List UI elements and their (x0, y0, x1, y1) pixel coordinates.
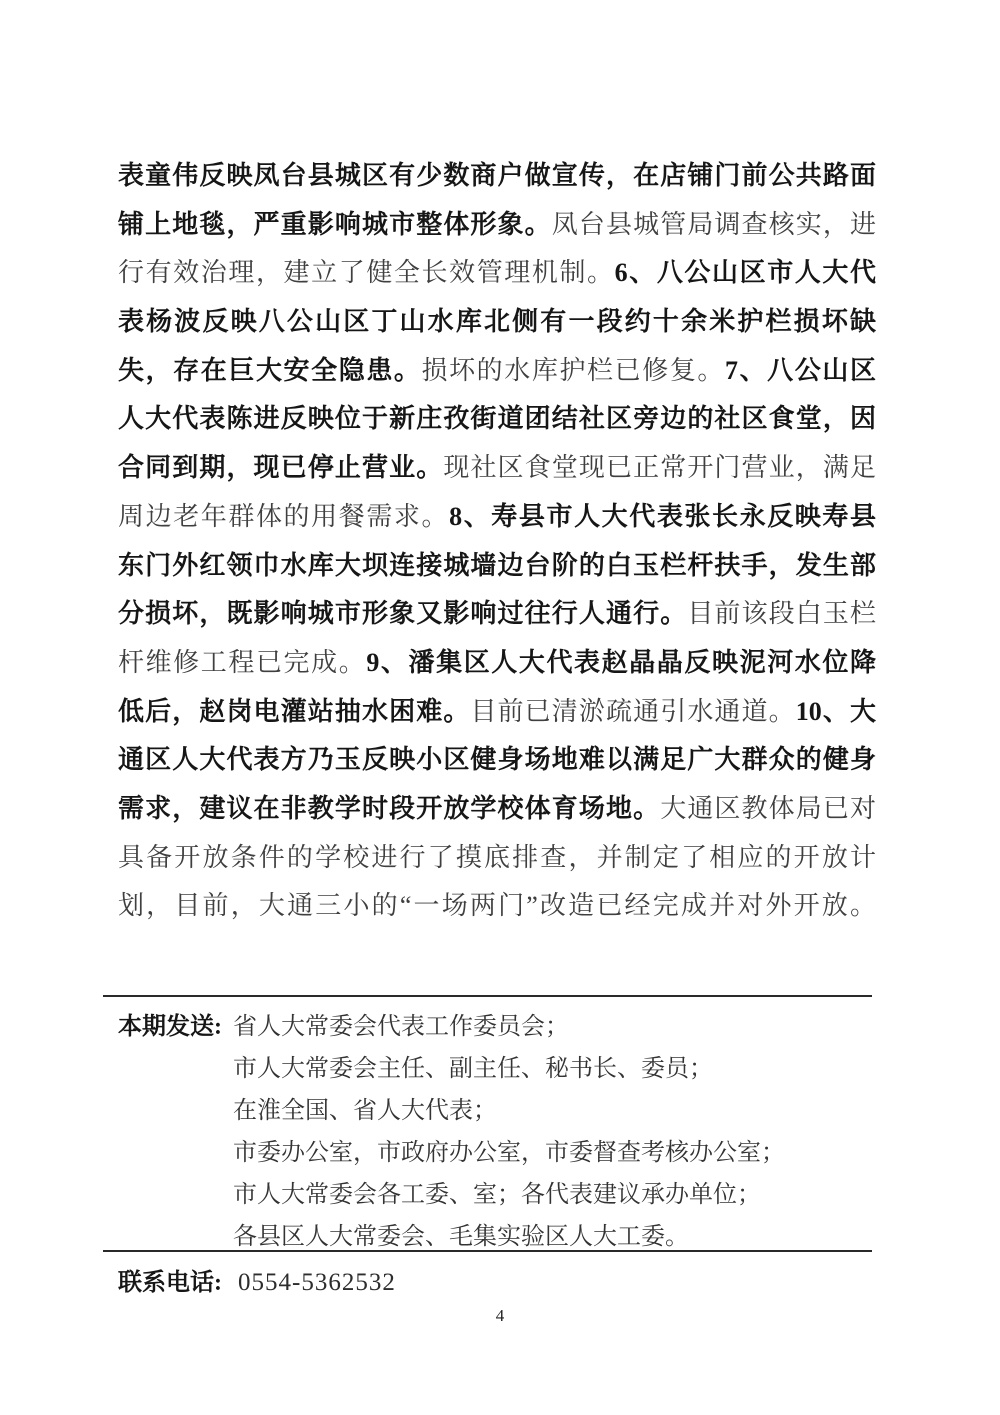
body-line: 周边老年群体的用餐需求。8、寿县市人大代表张长永反映寿县 (118, 493, 876, 542)
body-segment-bold: 失，存在巨大安全隐患。 (118, 356, 422, 385)
body-segment-bold: 表杨波反映八公山区丁山水库北侧有一段约十余米护栏损坏缺 (118, 307, 876, 336)
body-line: 表童伟反映凤台县城区有少数商户做宣传，在店铺门前公共路面 (118, 152, 876, 201)
body-line: 合同到期，现已停止营业。现社区食堂现已正常开门营业，满足 (118, 444, 876, 493)
body-segment-regular: 划，目前，大通三小的“一场两门”改造已经完成并对外开放。 (118, 891, 876, 920)
body-segment-bold: 东门外红领巾水库大坝连接城墙边台阶的白玉栏杆扶手，发生部 (118, 551, 876, 580)
distribution-line: 市人大常委会各工委、室；各代表建议承办单位； (233, 1174, 873, 1216)
body-segment-bold: 10、大 (796, 697, 876, 726)
body-segment-bold: 铺上地毯，严重影响城市整体形象。 (118, 210, 552, 239)
body-line: 需求，建议在非教学时段开放学校体育场地。大通区教体局已对 (118, 785, 876, 834)
body-segment-regular: 凤台县城管局调查核实，进 (552, 210, 876, 239)
contact-phone-number: 0554-5362532 (238, 1269, 396, 1296)
body-line: 行有效治理，建立了健全长效管理机制。6、八公山区市人大代 (118, 249, 876, 298)
body-segment-regular: 杆维修工程已完成。 (118, 648, 366, 677)
body-segment-bold: 低后，赵岗电灌站抽水困难。 (118, 697, 470, 726)
body-segment-bold: 通区人大代表方乃玉反映小区健身场地难以满足广大群众的健身 (118, 745, 876, 774)
document-page: 表童伟反映凤台县城区有少数商户做宣传，在店铺门前公共路面铺上地毯，严重影响城市整… (0, 0, 1000, 1415)
bottom-divider-rule (103, 1250, 872, 1252)
contact-label: 联系电话: (118, 1270, 222, 1296)
body-segment-regular: 损坏的水库护栏已修复。 (422, 356, 726, 385)
distribution-lines: 省人大常委会代表工作委员会；市人大常委会主任、副主任、秘书长、委员；在淮全国、省… (233, 1006, 873, 1258)
distribution-line: 省人大常委会代表工作委员会； (233, 1006, 873, 1048)
body-segment-regular: 大通区教体局已对 (660, 794, 876, 823)
body-line: 通区人大代表方乃玉反映小区健身场地难以满足广大群众的健身 (118, 736, 876, 785)
body-line: 分损坏，既影响城市形象又影响过往行人通行。目前该段白玉栏 (118, 590, 876, 639)
body-segment-bold: 6、八公山区市人大代 (615, 258, 876, 287)
body-segment-bold: 分损坏，既影响城市形象又影响过往行人通行。 (118, 599, 687, 628)
contact-row: 联系电话:0554-5362532 (118, 1264, 396, 1302)
body-line: 具备开放条件的学校进行了摸底排查，并制定了相应的开放计 (118, 834, 876, 883)
body-line: 划，目前，大通三小的“一场两门”改造已经完成并对外开放。 (118, 882, 876, 931)
distribution-line: 在淮全国、省人大代表； (233, 1090, 873, 1132)
body-segment-regular: 目前已清淤疏通引水通道。 (470, 697, 795, 726)
body-segment-regular: 行有效治理，建立了健全长效管理机制。 (118, 258, 615, 287)
body-segment-bold: 人大代表陈进反映位于新庄孜街道团结社区旁边的社区食堂，因 (118, 404, 876, 433)
body-segment-bold: 需求，建议在非教学时段开放学校体育场地。 (118, 794, 660, 823)
body-segment-regular: 周边老年群体的用餐需求。 (118, 502, 449, 531)
body-line: 失，存在巨大安全隐患。损坏的水库护栏已修复。7、八公山区 (118, 347, 876, 396)
body-segment-regular: 具备开放条件的学校进行了摸底排查，并制定了相应的开放计 (118, 843, 876, 872)
body-line: 低后，赵岗电灌站抽水困难。目前已清淤疏通引水通道。10、大 (118, 688, 876, 737)
distribution-label: 本期发送: (118, 1006, 222, 1048)
top-divider-rule (103, 995, 872, 997)
body-segment-regular: 现社区食堂现已正常开门营业，满足 (443, 453, 876, 482)
body-segment-bold: 合同到期，现已停止营业。 (118, 453, 443, 482)
body-segment-regular: 目前该段白玉栏 (687, 599, 876, 628)
body-line: 杆维修工程已完成。9、潘集区人大代表赵晶晶反映泥河水位降 (118, 639, 876, 688)
body-segment-bold: 9、潘集区人大代表赵晶晶反映泥河水位降 (366, 648, 876, 677)
body-segment-bold: 表童伟反映凤台县城区有少数商户做宣传，在店铺门前公共路面 (118, 161, 876, 190)
page-number: 4 (0, 1306, 1000, 1326)
body-paragraph: 表童伟反映凤台县城区有少数商户做宣传，在店铺门前公共路面铺上地毯，严重影响城市整… (118, 152, 876, 931)
body-line: 表杨波反映八公山区丁山水库北侧有一段约十余米护栏损坏缺 (118, 298, 876, 347)
body-line: 人大代表陈进反映位于新庄孜街道团结社区旁边的社区食堂，因 (118, 395, 876, 444)
body-line: 东门外红领巾水库大坝连接城墙边台阶的白玉栏杆扶手，发生部 (118, 542, 876, 591)
body-segment-bold: 8、寿县市人大代表张长永反映寿县 (449, 502, 876, 531)
distribution-line: 市人大常委会主任、副主任、秘书长、委员； (233, 1048, 873, 1090)
body-line: 铺上地毯，严重影响城市整体形象。凤台县城管局调查核实，进 (118, 201, 876, 250)
body-segment-bold: 7、八公山区 (725, 356, 876, 385)
distribution-line: 市委办公室，市政府办公室，市委督查考核办公室； (233, 1132, 873, 1174)
